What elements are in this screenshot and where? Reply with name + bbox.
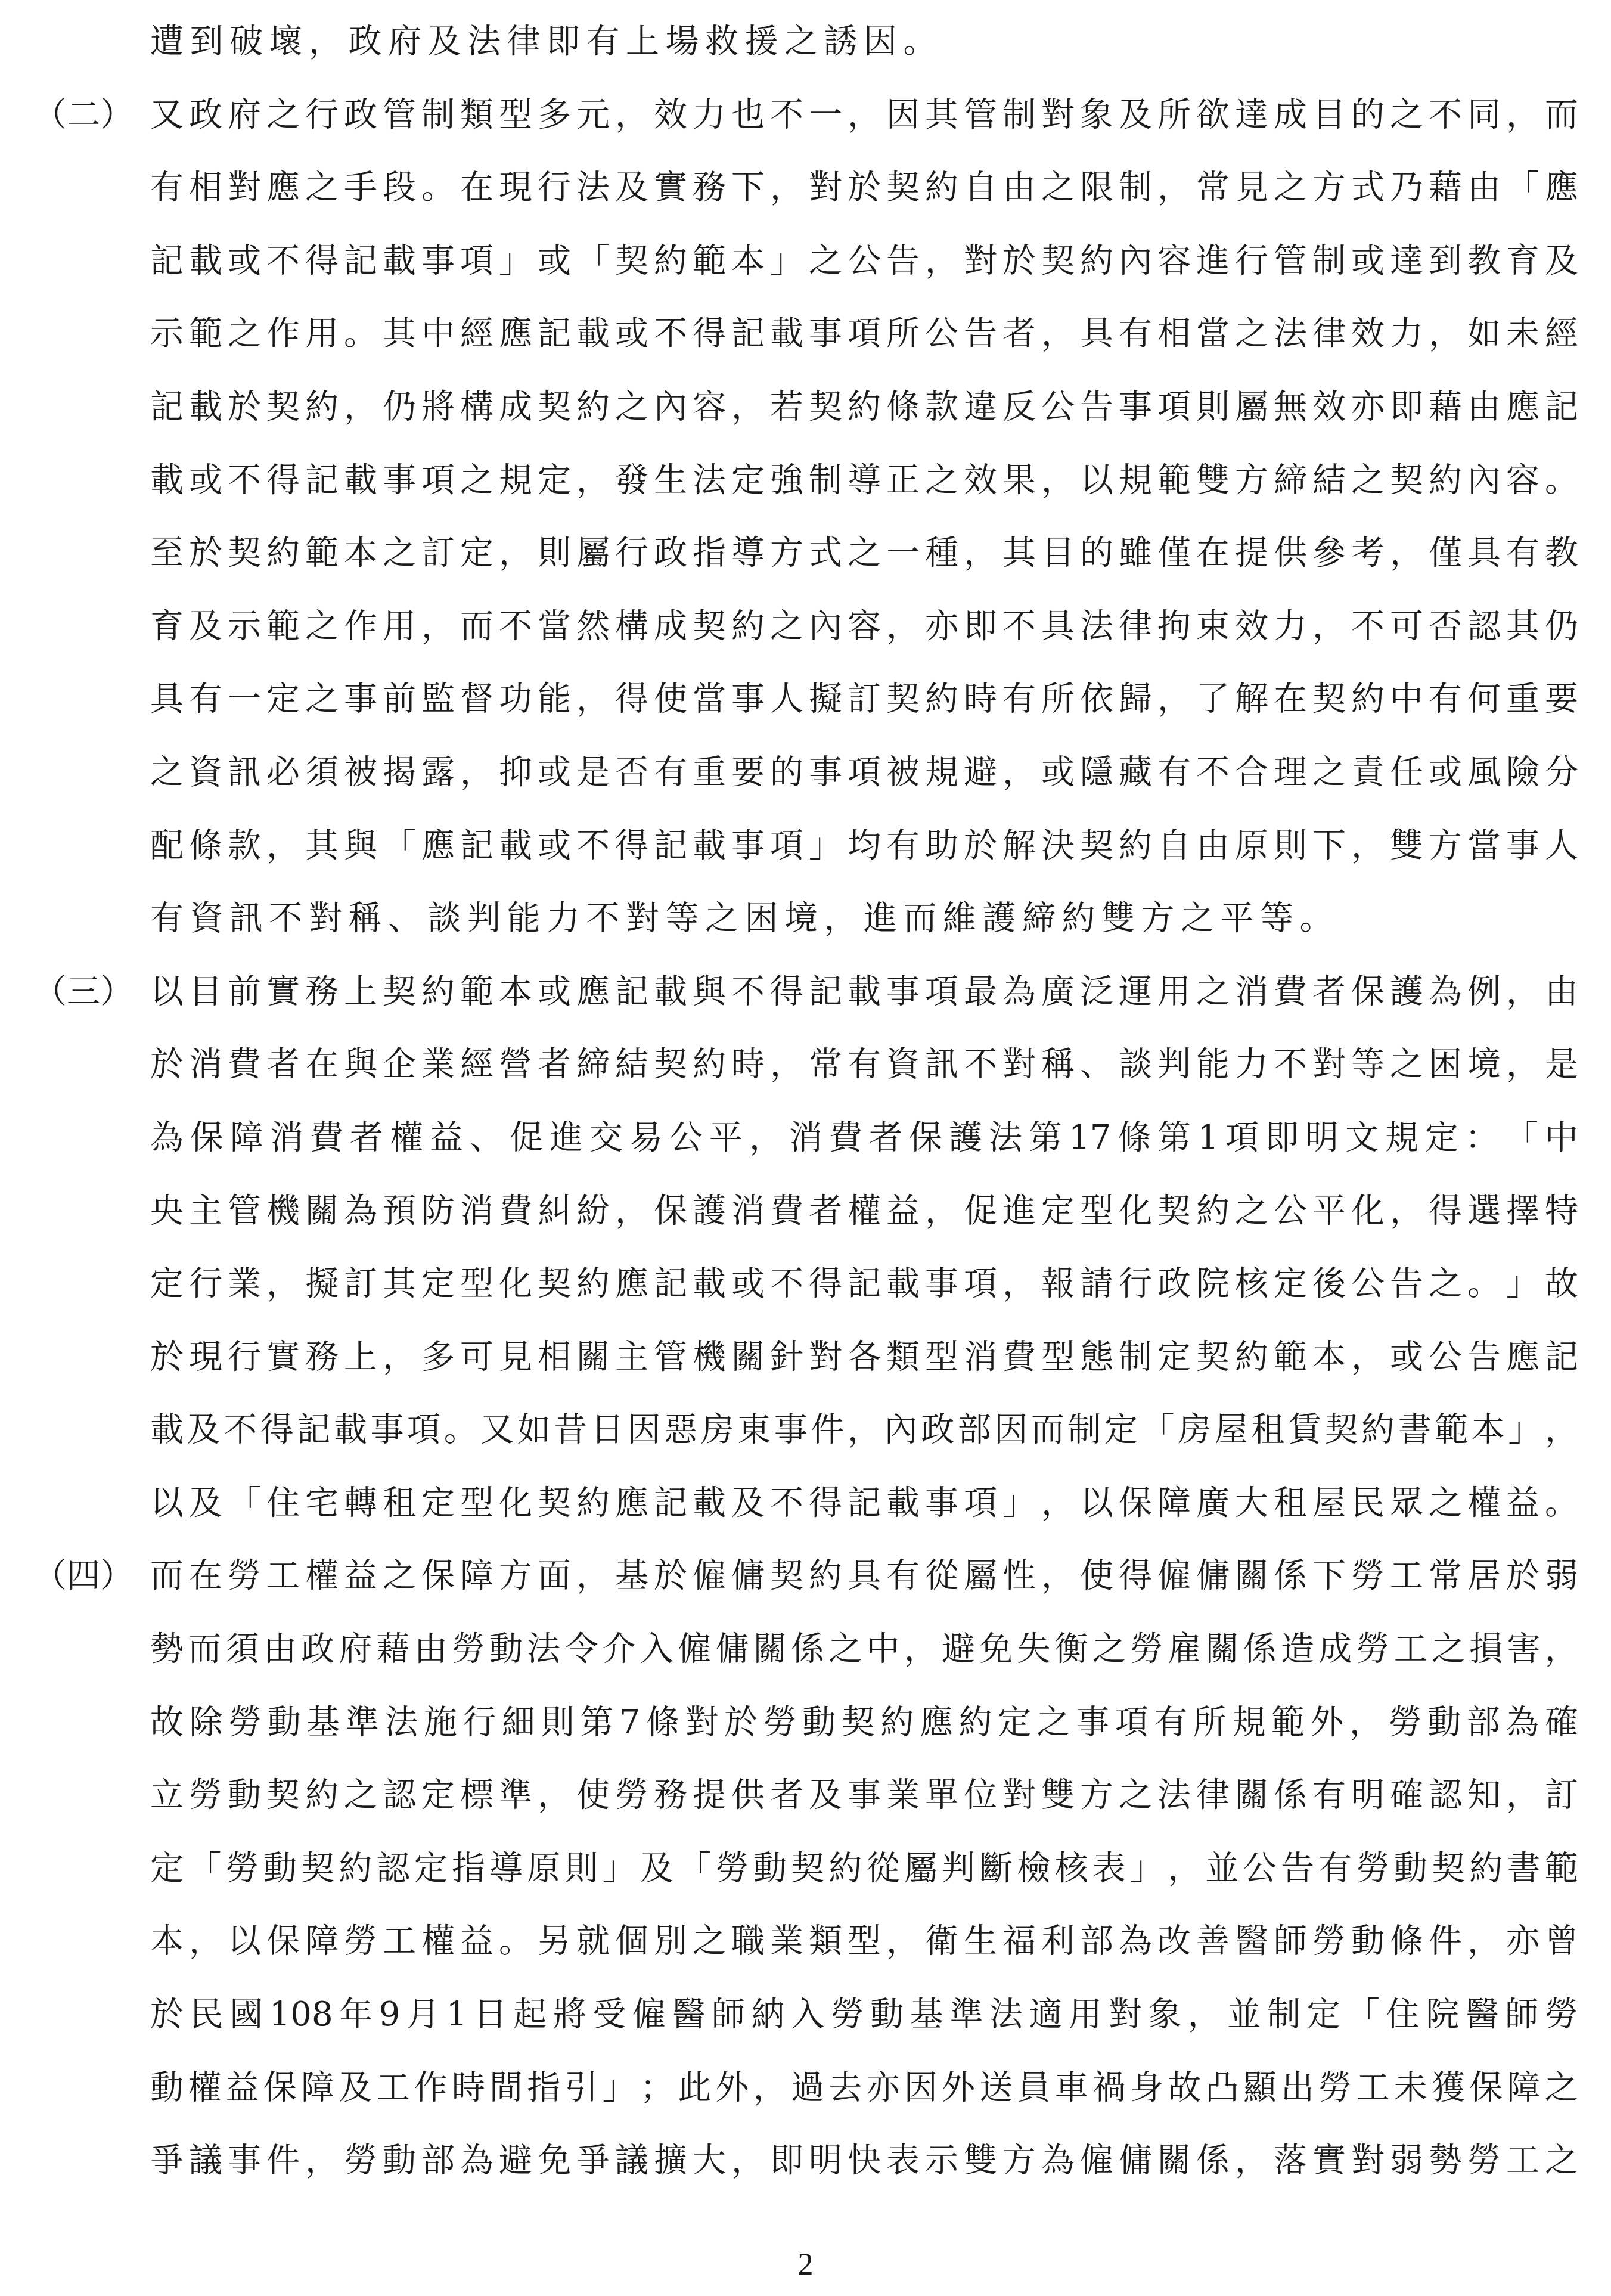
section-3-line: 為保障消費者權益、促進交易公平，消費者保護法第17條第1項即明文規定：「中 <box>0 1102 1611 1175</box>
section-2-line: 記載於契約，仍將構成契約之內容，若契約條款違反公告事項則屬無效亦即藉由應記 <box>0 371 1611 444</box>
section-2-text: 至於契約範本之訂定，則屬行政指導方式之一種，其目的雖僅在提供參考，僅具有教 <box>150 517 1578 590</box>
section-2-text: 有相對應之手段。在現行法及實務下，對於契約自由之限制，常見之方式乃藉由「應 <box>150 151 1578 225</box>
section-4-text: 爭議事件，勞動部為避免爭議擴大，即明快表示雙方為僱傭關係，落實對弱勢勞工之 <box>150 2124 1578 2198</box>
section-4-text: 而在勞工權益之保障方面，基於僱傭契約具有從屬性，使得僱傭關係下勞工常居於弱 <box>150 1540 1578 1613</box>
section-3-text: 於現行實務上，多可見相關主管機關針對各類型消費型態制定契約範本，或公告應記 <box>150 1321 1578 1394</box>
section-2-text: 之資訊必須被揭露，抑或是否有重要的事項被規避，或隱藏有不合理之責任或風險分 <box>150 736 1578 809</box>
section-2-line: 之資訊必須被揭露，抑或是否有重要的事項被規避，或隱藏有不合理之責任或風險分 <box>0 736 1611 809</box>
section-3-text: 為保障消費者權益、促進交易公平，消費者保護法第17條第1項即明文規定：「中 <box>150 1102 1578 1175</box>
section-4-text: 定「勞動契約認定指導原則」及「勞動契約從屬判斷檢核表」，並公告有勞動契約書範 <box>150 1832 1578 1906</box>
section-3-label: （三） <box>33 955 117 1029</box>
section-2-text: 具有一定之事前監督功能，得使當事人擬訂契約時有所依歸，了解在契約中有何重要 <box>150 663 1578 736</box>
section-3-text: 以目前實務上契約範本或應記載與不得記載事項最為廣泛運用之消費者保護為例，由 <box>150 955 1578 1029</box>
section-4-line: 故除勞動基準法施行細則第7條對於勞動契約應約定之事項有所規範外，勞動部為確 <box>0 1686 1611 1760</box>
section-2-line: 有資訊不對稱、談判能力不對等之困境，進而維護締約雙方之平等。 <box>0 882 1611 955</box>
section-3-text: 以及「住宅轉租定型化契約應記載及不得記載事項」，以保障廣大租屋民眾之權益。 <box>150 1467 1578 1540</box>
page-number: 2 <box>0 2244 1611 2286</box>
section-3-line: 以及「住宅轉租定型化契約應記載及不得記載事項」，以保障廣大租屋民眾之權益。 <box>0 1467 1611 1540</box>
section-4-line: 於民國108年9月1日起將受僱醫師納入勞動基準法適用對象，並制定「住院醫師勞 <box>0 1978 1611 2052</box>
section-2-text: 育及示範之作用，而不當然構成契約之內容，亦即不具法律拘束效力，不可否認其仍 <box>150 590 1578 663</box>
section-4-text: 於民國108年9月1日起將受僱醫師納入勞動基準法適用對象，並制定「住院醫師勞 <box>150 1978 1578 2052</box>
section-4-line: 立勞動契約之認定標準，使勞務提供者及事業單位對雙方之法律關係有明確認知，訂 <box>0 1759 1611 1832</box>
section-2-text: 記載或不得記載事項」或「契約範本」之公告，對於契約內容進行管制或達到教育及 <box>150 225 1578 298</box>
section-4-line: 動權益保障及工作時間指引」；此外，過去亦因外送員車禍身故凸顯出勞工未獲保障之 <box>0 2052 1611 2125</box>
document-body: 遭到破壞，政府及法律即有上場救援之誘因。 （二） 又政府之行政管制類型多元，效力… <box>0 5 1611 2198</box>
section-2-line: 示範之作用。其中經應記載或不得記載事項所公告者，具有相當之法律效力，如未經 <box>0 297 1611 371</box>
section-2-text: 有資訊不對稱、談判能力不對等之困境，進而維護締約雙方之平等。 <box>150 882 1578 955</box>
section-2-line: 育及示範之作用，而不當然構成契約之內容，亦即不具法律拘束效力，不可否認其仍 <box>0 590 1611 663</box>
continuation-text: 遭到破壞，政府及法律即有上場救援之誘因。 <box>150 5 1578 79</box>
section-4-text: 本，以保障勞工權益。另就個別之職業類型，衛生福利部為改善醫師勞動條件，亦曾 <box>150 1905 1578 1978</box>
section-2-text: 示範之作用。其中經應記載或不得記載事項所公告者，具有相當之法律效力，如未經 <box>150 297 1578 371</box>
section-3-line: 載及不得記載事項。又如昔日因惡房東事件，內政部因而制定「房屋租賃契約書範本」， <box>0 1394 1611 1467</box>
section-3-text: 載及不得記載事項。又如昔日因惡房東事件，內政部因而制定「房屋租賃契約書範本」， <box>150 1394 1578 1467</box>
section-2-line: 配條款，其與「應記載或不得記載事項」均有助於解決契約自由原則下，雙方當事人 <box>0 809 1611 883</box>
section-2-line: 具有一定之事前監督功能，得使當事人擬訂契約時有所依歸，了解在契約中有何重要 <box>0 663 1611 736</box>
section-4-line: 爭議事件，勞動部為避免爭議擴大，即明快表示雙方為僱傭關係，落實對弱勢勞工之 <box>0 2124 1611 2198</box>
section-2-label: （二） <box>33 79 117 152</box>
section-3-text: 於消費者在與企業經營者締結契約時，常有資訊不對稱、談判能力不對等之困境，是 <box>150 1028 1578 1102</box>
section-2-text: 記載於契約，仍將構成契約之內容，若契約條款違反公告事項則屬無效亦即藉由應記 <box>150 371 1578 444</box>
section-3-line: 於現行實務上，多可見相關主管機關針對各類型消費型態制定契約範本，或公告應記 <box>0 1321 1611 1394</box>
section-4-line: 本，以保障勞工權益。另就個別之職業類型，衛生福利部為改善醫師勞動條件，亦曾 <box>0 1905 1611 1978</box>
section-2-line: 記載或不得記載事項」或「契約範本」之公告，對於契約內容進行管制或達到教育及 <box>0 225 1611 298</box>
section-3-line: （三） 以目前實務上契約範本或應記載與不得記載事項最為廣泛運用之消費者保護為例，… <box>0 955 1611 1029</box>
section-4-line: （四） 而在勞工權益之保障方面，基於僱傭契約具有從屬性，使得僱傭關係下勞工常居於… <box>0 1540 1611 1613</box>
section-4-label: （四） <box>33 1540 117 1613</box>
section-4-line: 勢而須由政府藉由勞動法令介入僱傭關係之中，避免失衡之勞雇關係造成勞工之損害， <box>0 1613 1611 1686</box>
section-3-text: 央主管機關為預防消費糾紛，保護消費者權益，促進定型化契約之公平化，得選擇特 <box>150 1175 1578 1248</box>
document-page: 遭到破壞，政府及法律即有上場救援之誘因。 （二） 又政府之行政管制類型多元，效力… <box>0 0 1611 2296</box>
section-2-line: （二） 又政府之行政管制類型多元，效力也不一，因其管制對象及所欲達成目的之不同，… <box>0 79 1611 152</box>
section-2-line: 至於契約範本之訂定，則屬行政指導方式之一種，其目的雖僅在提供參考，僅具有教 <box>0 517 1611 590</box>
paragraph-line: 遭到破壞，政府及法律即有上場救援之誘因。 <box>0 5 1611 79</box>
section-4-line: 定「勞動契約認定指導原則」及「勞動契約從屬判斷檢核表」，並公告有勞動契約書範 <box>0 1832 1611 1906</box>
section-2-text: 又政府之行政管制類型多元，效力也不一，因其管制對象及所欲達成目的之不同，而 <box>150 79 1578 152</box>
section-3-line: 於消費者在與企業經營者締結契約時，常有資訊不對稱、談判能力不對等之困境，是 <box>0 1028 1611 1102</box>
section-2-text: 配條款，其與「應記載或不得記載事項」均有助於解決契約自由原則下，雙方當事人 <box>150 809 1578 883</box>
section-4-text: 勢而須由政府藉由勞動法令介入僱傭關係之中，避免失衡之勞雇關係造成勞工之損害， <box>150 1613 1578 1686</box>
section-2-line: 有相對應之手段。在現行法及實務下，對於契約自由之限制，常見之方式乃藉由「應 <box>0 151 1611 225</box>
section-4-text: 故除勞動基準法施行細則第7條對於勞動契約應約定之事項有所規範外，勞動部為確 <box>150 1686 1578 1760</box>
section-4-text: 立勞動契約之認定標準，使勞務提供者及事業單位對雙方之法律關係有明確認知，訂 <box>150 1759 1578 1832</box>
section-3-line: 央主管機關為預防消費糾紛，保護消費者權益，促進定型化契約之公平化，得選擇特 <box>0 1175 1611 1248</box>
section-3-text: 定行業，擬訂其定型化契約應記載或不得記載事項，報請行政院核定後公告之。」故 <box>150 1248 1578 1321</box>
section-3-line: 定行業，擬訂其定型化契約應記載或不得記載事項，報請行政院核定後公告之。」故 <box>0 1248 1611 1321</box>
section-2-line: 載或不得記載事項之規定，發生法定強制導正之效果，以規範雙方締結之契約內容。 <box>0 444 1611 517</box>
section-2-text: 載或不得記載事項之規定，發生法定強制導正之效果，以規範雙方締結之契約內容。 <box>150 444 1578 517</box>
section-4-text: 動權益保障及工作時間指引」；此外，過去亦因外送員車禍身故凸顯出勞工未獲保障之 <box>150 2052 1578 2125</box>
